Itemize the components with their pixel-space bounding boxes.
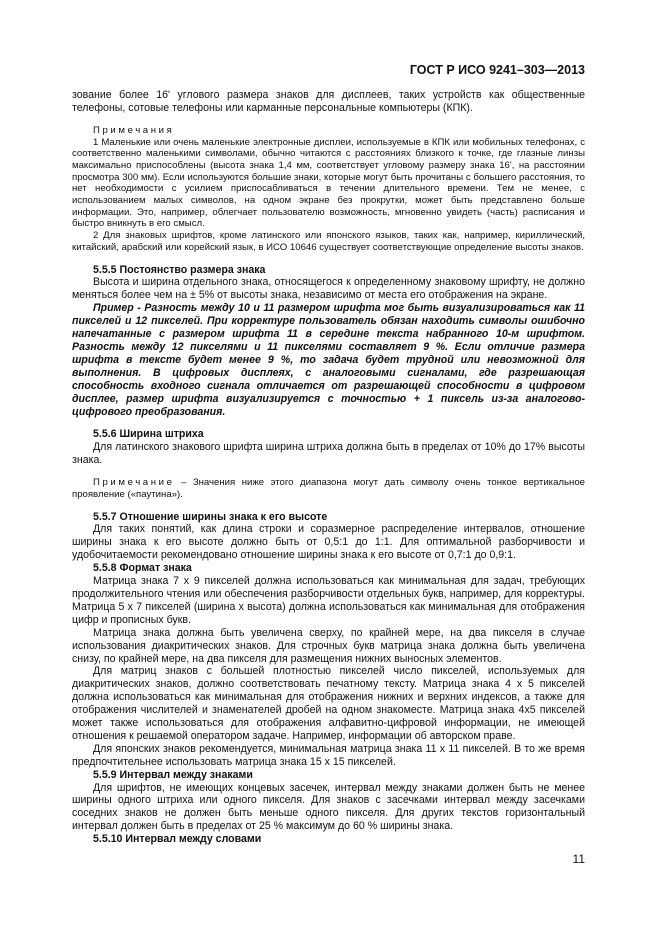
- section-paragraph-5-5-8-4: Для японских знаков рекомендуется, миним…: [72, 743, 585, 769]
- section-title-5-5-9: 5.5.9 Интервал между знаками: [72, 769, 585, 782]
- section-paragraph-5-5-8-2: Матрица знака должна быть увеличена свер…: [72, 627, 585, 666]
- note-item-1: 1 Маленькие или очень маленькие электрон…: [72, 137, 585, 231]
- section-title-5-5-8: 5.5.8 Формат знака: [72, 562, 585, 575]
- section-title-5-5-10: 5.5.10 Интервал между словами: [72, 833, 585, 846]
- document-header-id: ГОСТ Р ИСО 9241–303—2013: [410, 63, 585, 77]
- example-paragraph: Пример - Разность между 10 и 11 размером…: [72, 302, 585, 418]
- note-item-2: 2 Для знаковых шрифтов, кроме латинского…: [72, 230, 585, 253]
- section-body-5-5-7: Для таких понятий, как длина строки и со…: [72, 523, 585, 562]
- section-body-5-5-5: Высота и ширина отдельного знака, относя…: [72, 276, 585, 302]
- intro-paragraph: зование более 16' углового размера знако…: [72, 89, 585, 115]
- section-paragraph-5-5-8-1: Матрица знака 7 x 9 пикселей должна испо…: [72, 575, 585, 627]
- document-body: зование более 16' углового размера знако…: [72, 89, 585, 846]
- notes-title: Примечания: [93, 125, 174, 136]
- section-title-5-5-5: 5.5.5 Постоянство размера знака: [72, 264, 585, 277]
- section-body-5-5-6: Для латинского знакового шрифта ширина ш…: [72, 441, 585, 467]
- section-title-5-5-6: 5.5.6 Ширина штриха: [72, 428, 585, 441]
- stroke-note: Примечание – Значения ниже этого диапазо…: [72, 477, 585, 500]
- notes-block: Примечания 1 Маленькие или очень маленьк…: [72, 125, 585, 254]
- section-body-5-5-9: Для шрифтов, не имеющих концевых засечек…: [72, 782, 585, 834]
- section-paragraph-5-5-8-3: Для матриц знаков с большей плотностью п…: [72, 665, 585, 742]
- note-label: Примечание: [93, 477, 175, 488]
- page-number: 11: [573, 852, 585, 866]
- section-title-5-5-7: 5.5.7 Отношение ширины знака к его высот…: [72, 511, 585, 524]
